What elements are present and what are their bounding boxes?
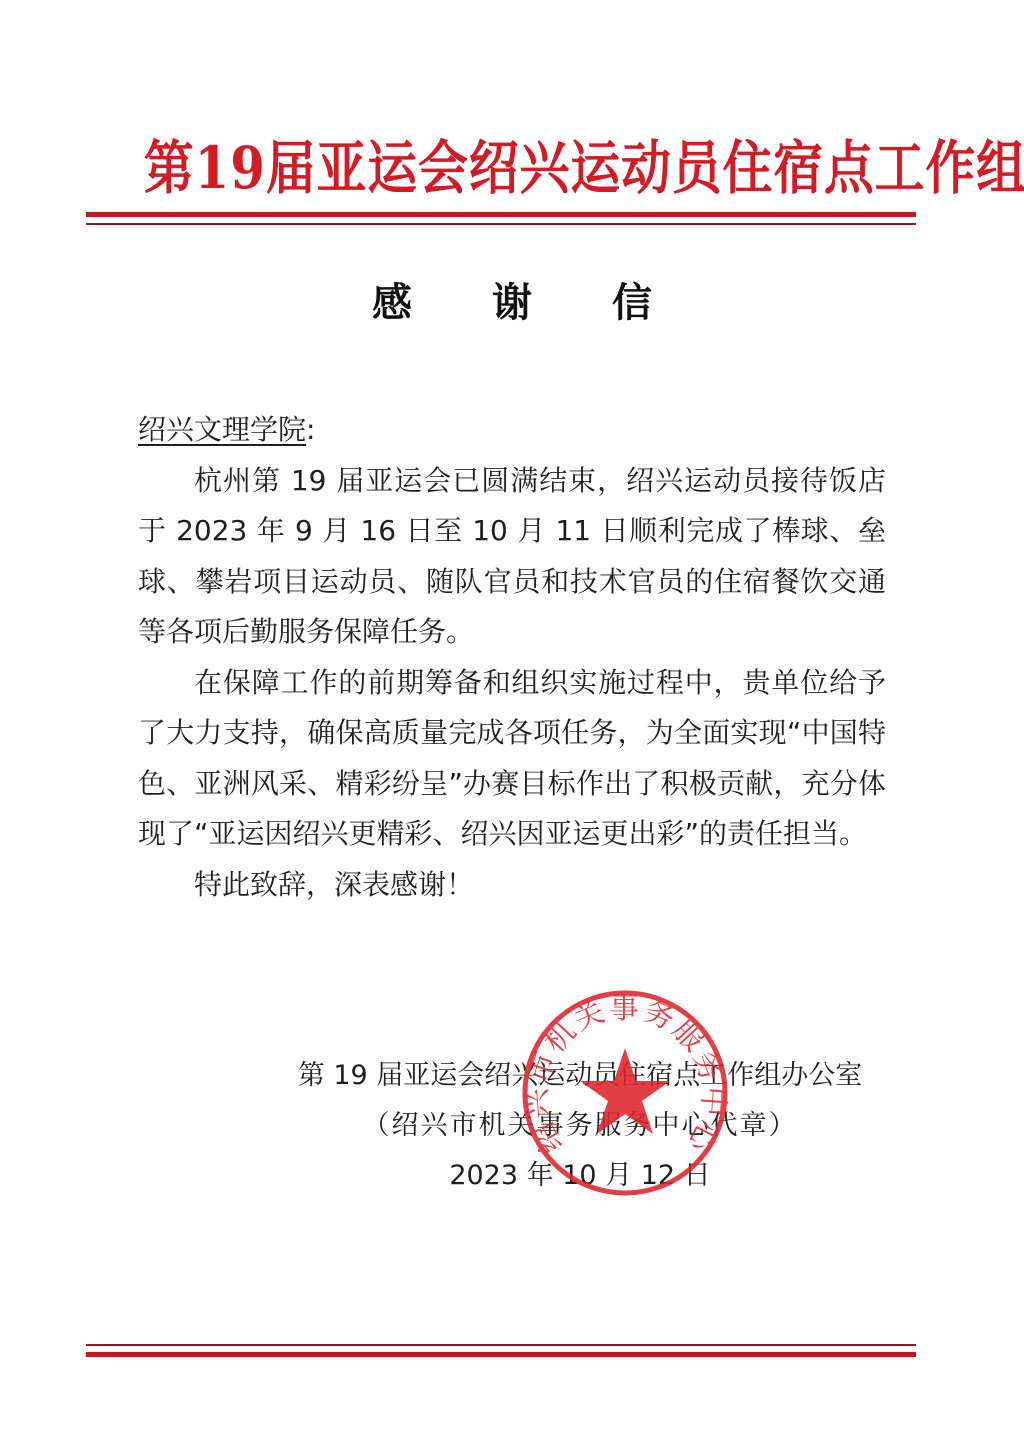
paragraph-2: 在保障工作的前期筹备和组织实施过程中，贵单位给予了大力支持，确保高质量完成各项任… <box>138 658 886 860</box>
letterhead-rule-thin <box>86 223 916 225</box>
signature-office: 第 19 届亚运会绍兴运动员住宿点工作组办公室 <box>280 1056 880 1096</box>
letter-page: 第19届亚运会绍兴运动员住宿点工作组 感谢信 绍兴文理学院: 杭州第 19 届亚… <box>0 0 1024 1448</box>
salutation: 绍兴文理学院 <box>138 413 306 446</box>
salutation-colon: : <box>306 413 315 446</box>
title-char: 感 <box>372 275 412 331</box>
document-title: 感谢信 <box>0 275 1024 331</box>
footer-rule-thick <box>86 1352 916 1357</box>
title-char: 谢 <box>492 275 532 331</box>
letterhead-rule-thick <box>86 212 916 217</box>
salutation-line: 绍兴文理学院: <box>138 405 886 456</box>
signature-seal-note: （绍兴市机关事务服务中心代章） <box>280 1106 880 1146</box>
paragraph-1: 杭州第 19 届亚运会已圆满结束，绍兴运动员接待饭店于 2023 年 9 月 1… <box>138 456 886 658</box>
signature-date: 2023 年 10 月 12 日 <box>280 1156 880 1196</box>
title-char: 信 <box>612 275 652 331</box>
paragraph-3: 特此致辞，深表感谢！ <box>138 860 886 911</box>
footer-rule-thin <box>86 1344 916 1346</box>
letter-body: 绍兴文理学院: 杭州第 19 届亚运会已圆满结束，绍兴运动员接待饭店于 2023… <box>138 405 886 910</box>
letterhead-title: 第19届亚运会绍兴运动员住宿点工作组 <box>144 128 880 208</box>
